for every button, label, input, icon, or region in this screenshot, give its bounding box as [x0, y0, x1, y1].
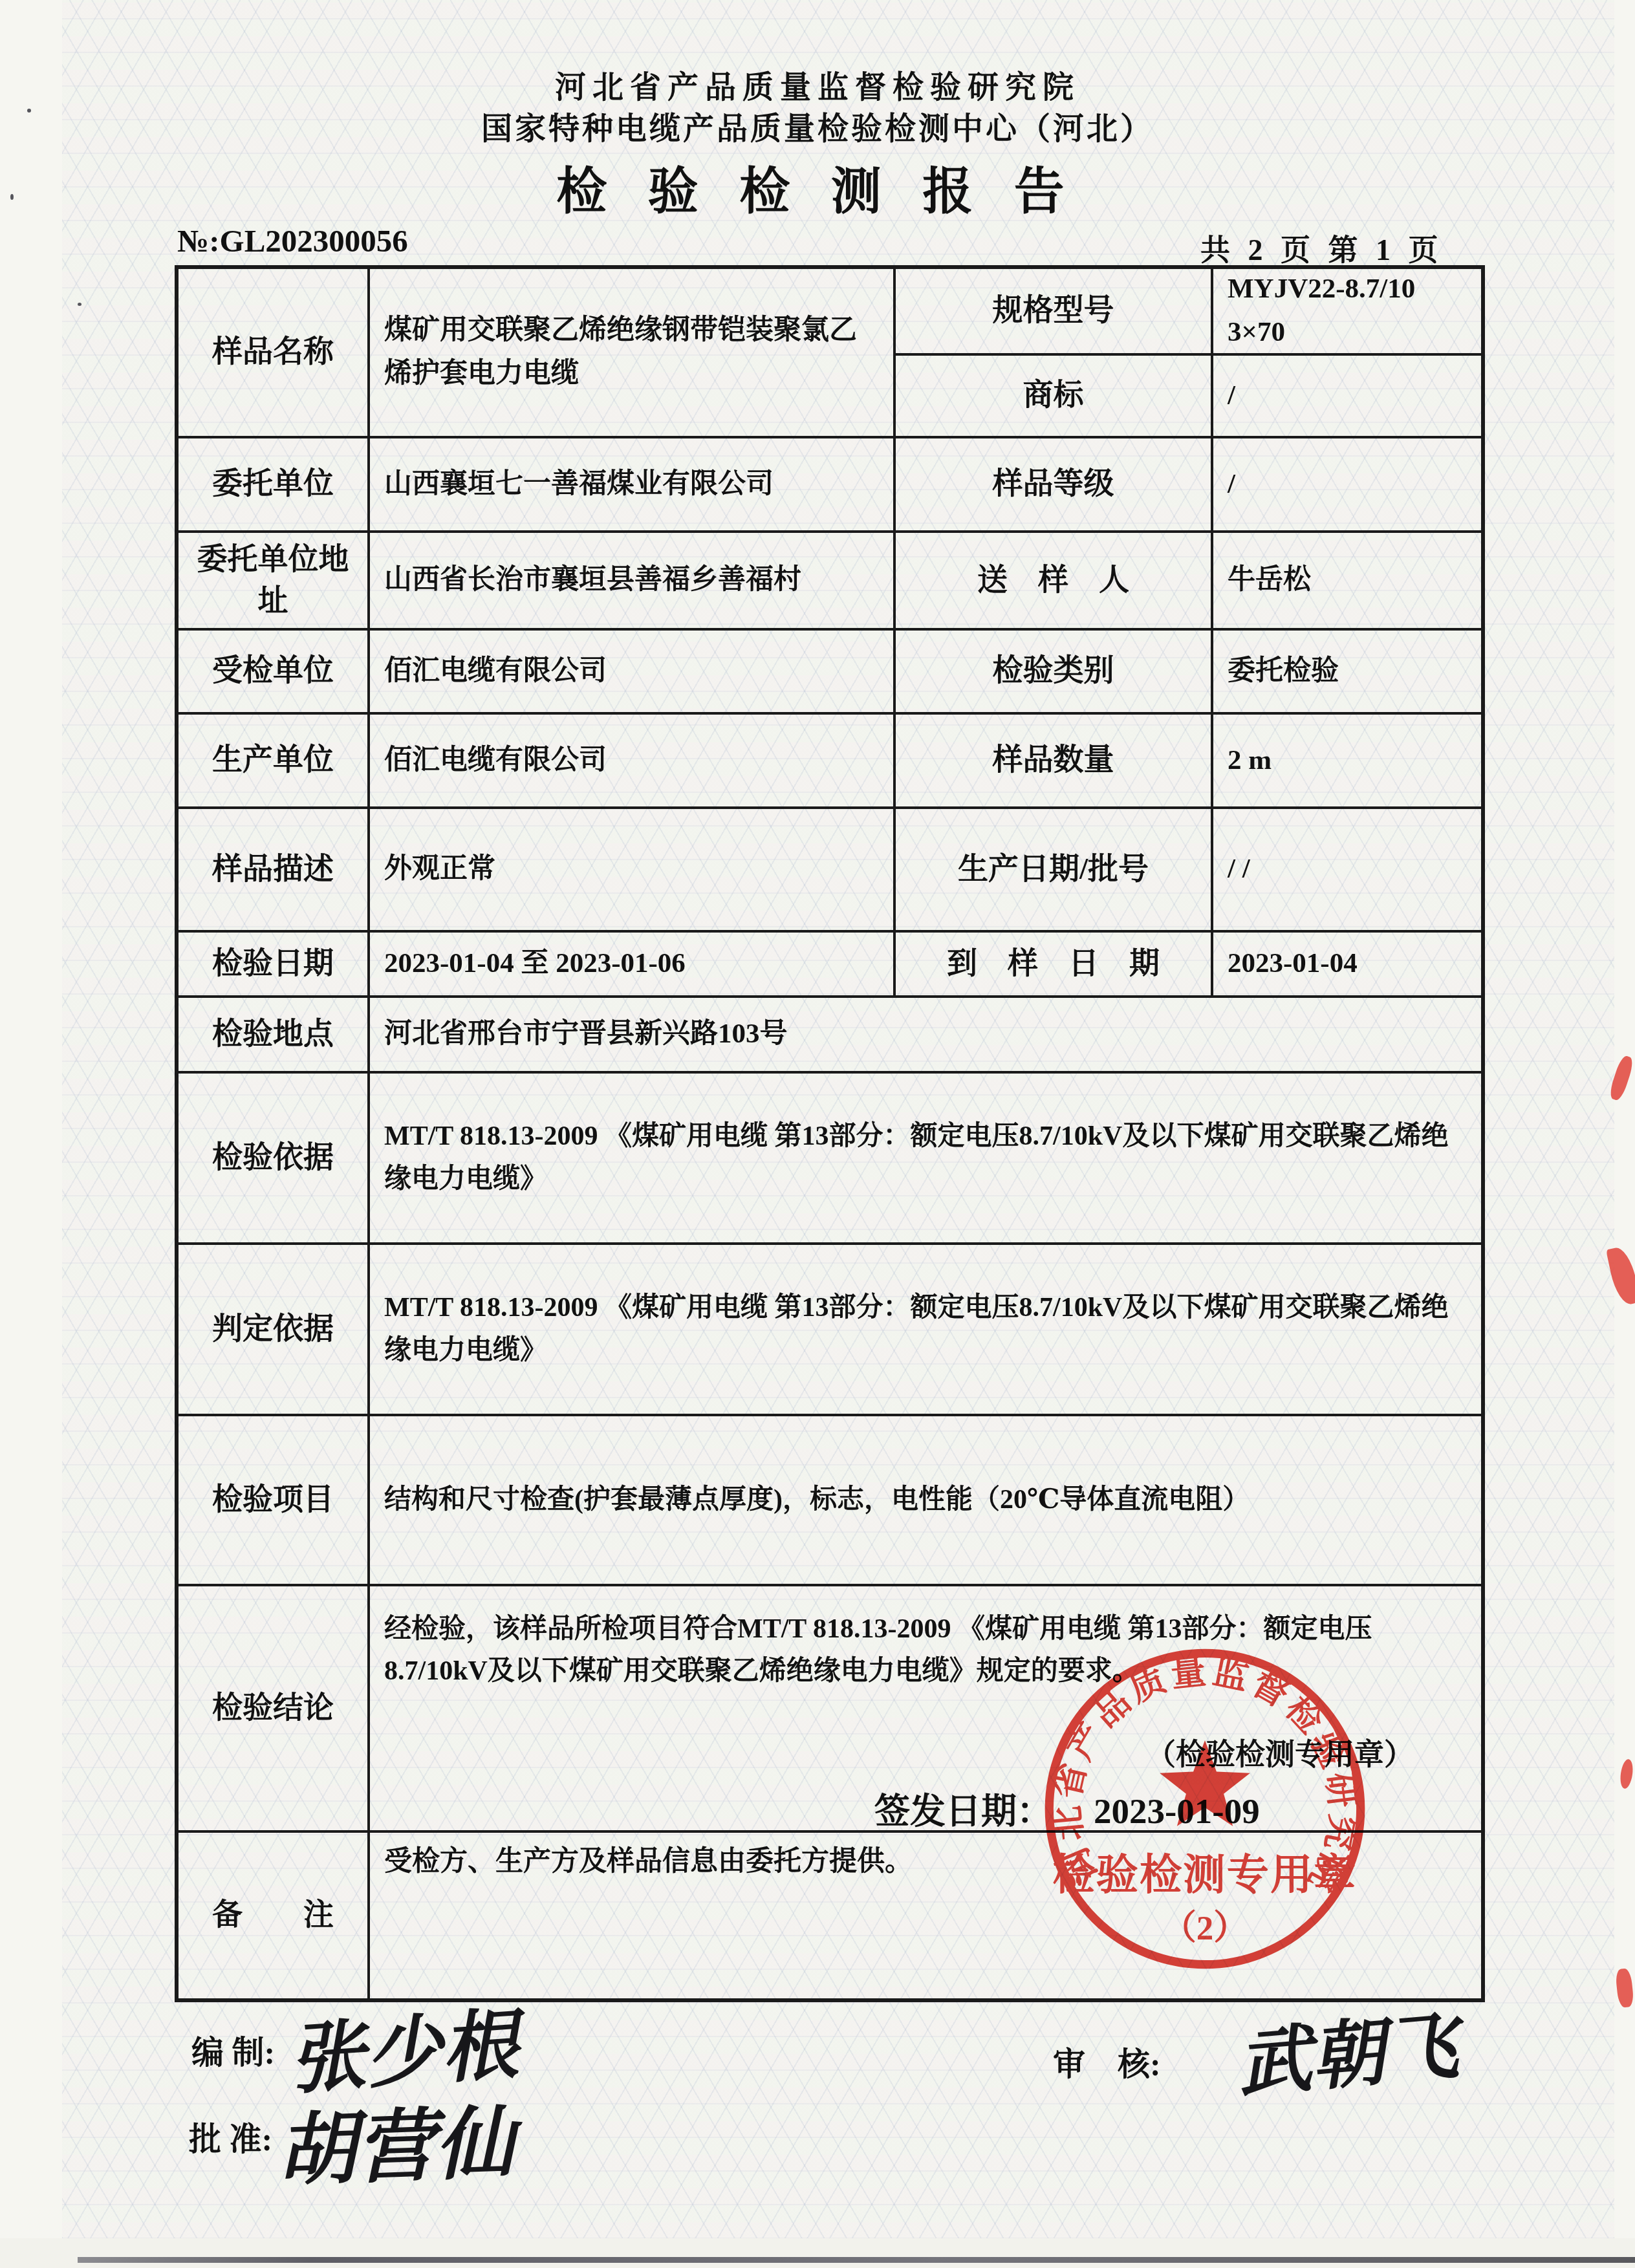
- page-count-info: 共 2 页 第 1 页: [1200, 226, 1444, 269]
- field-value-spec-model: MYJV22-8.7/10 3×70: [1211, 269, 1481, 353]
- field-label-inspection-conclusion: 检验结论: [179, 1584, 367, 1830]
- field-label-inspected-unit: 受检单位: [179, 628, 367, 712]
- field-label-producer: 生产单位: [179, 712, 367, 806]
- field-label-consignor: 委托单位: [179, 436, 367, 530]
- red-ink-smudge: [1615, 1968, 1634, 2008]
- field-value-arrival-date: 2023-01-04: [1211, 930, 1481, 995]
- scan-edge-line: [78, 2257, 1635, 2263]
- field-label-spec-model: 规格型号: [893, 269, 1211, 353]
- field-label-judgement-basis: 判定依据: [179, 1242, 367, 1414]
- field-value-inspection-location: 河北省邢台市宁晋县新兴路103号: [367, 995, 1481, 1071]
- seal-number-text: （2）: [1162, 1909, 1248, 1947]
- field-label-arrival-date: 到 样 日 期: [893, 930, 1211, 995]
- field-label-consignor-address: 委托单位地址: [179, 530, 367, 628]
- scan-speck: [78, 303, 81, 306]
- field-label-sample-sender: 送 样 人: [893, 530, 1211, 628]
- field-value-inspection-items: 结构和尺寸检查(护套最薄点厚度)，标志，电性能（20℃导体直流电阻）: [367, 1414, 1481, 1584]
- field-value-inspection-date: 2023-01-04 至 2023-01-06: [367, 930, 893, 995]
- field-label-sample-description: 样品描述: [179, 806, 367, 930]
- seal-name-text: 检验检测专用章: [1052, 1852, 1357, 1899]
- scan-bottom-edge: [0, 2238, 1635, 2268]
- field-label-remarks: 备 注: [179, 1830, 367, 1998]
- org-name-line1: 河北省产品质量监督检验研究院: [0, 62, 1635, 107]
- field-label-trademark: 商标: [893, 353, 1211, 436]
- field-value-sample-description: 外观正常: [367, 806, 893, 930]
- prepared-by-label: 编 制:: [191, 2027, 275, 2073]
- scanned-inspection-report-page: { "header": { "org_line1": "河北省产品质量监督检验研…: [0, 0, 1635, 2268]
- field-value-inspected-unit: 佰汇电缆有限公司: [367, 628, 893, 712]
- reviewed-by-signature: 武朝飞: [1233, 1986, 1462, 2111]
- field-value-sample-grade: /: [1211, 436, 1481, 530]
- approved-by-signature: 胡营仙: [275, 2080, 515, 2201]
- field-value-consignor: 山西襄垣七一善福煤业有限公司: [367, 436, 893, 530]
- field-value-trademark: /: [1211, 353, 1481, 436]
- report-title: 检 验 检 测 报 告: [0, 151, 1635, 224]
- field-value-inspection-type: 委托检验: [1211, 628, 1481, 712]
- field-label-production-date-batch: 生产日期/批号: [893, 806, 1211, 930]
- field-value-producer: 佰汇电缆有限公司: [367, 712, 893, 806]
- seal-star-icon: [1160, 1740, 1250, 1826]
- report-number: №:GL202300056: [177, 222, 408, 259]
- issue-date-label: 签发日期：: [874, 1791, 1052, 1831]
- field-label-inspection-location: 检验地点: [179, 995, 367, 1071]
- field-label-inspection-type: 检验类别: [893, 628, 1211, 712]
- field-value-sample-sender: 牛岳松: [1211, 530, 1481, 628]
- field-value-inspection-basis: MT/T 818.13-2009 《煤矿用电缆 第13部分：额定电压8.7/10…: [367, 1071, 1481, 1242]
- red-ink-smudge: [1619, 1758, 1634, 1789]
- field-value-consignor-address: 山西省长治市襄垣县善福乡善福村: [367, 530, 893, 628]
- field-value-sample-name: 煤矿用交联聚乙烯绝缘钢带铠装聚氯乙烯护套电力电缆: [367, 269, 893, 436]
- field-label-sample-grade: 样品等级: [893, 436, 1211, 530]
- field-value-production-date-batch: / /: [1211, 806, 1481, 930]
- field-label-sample-quantity: 样品数量: [893, 712, 1211, 806]
- field-value-sample-quantity: 2 m: [1211, 712, 1481, 806]
- approved-by-label: 批 准:: [189, 2113, 272, 2160]
- field-label-inspection-date: 检验日期: [179, 930, 367, 995]
- org-name-line2: 国家特种电缆产品质量检验检测中心（河北）: [0, 103, 1635, 148]
- field-value-judgement-basis: MT/T 818.13-2009 《煤矿用电缆 第13部分：额定电压8.7/10…: [367, 1242, 1481, 1414]
- reviewed-by-label: 审 核:: [1053, 2038, 1161, 2085]
- field-label-sample-name: 样品名称: [179, 269, 367, 436]
- field-label-inspection-items: 检验项目: [179, 1414, 367, 1584]
- official-red-seal: 河北省产品质量监督检验研究院 检验检测专用章 （2）: [1040, 1644, 1370, 1974]
- field-label-inspection-basis: 检验依据: [179, 1071, 367, 1242]
